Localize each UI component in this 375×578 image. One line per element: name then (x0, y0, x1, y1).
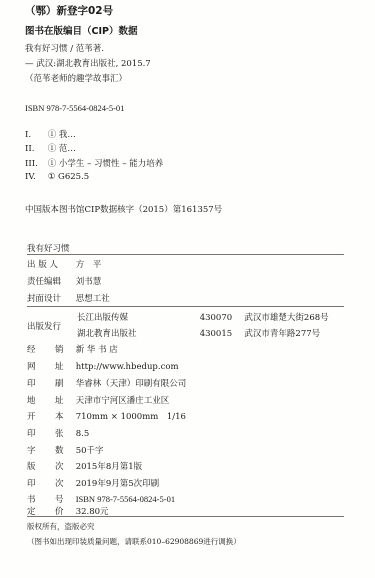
printer-label: 印刷 (27, 377, 73, 389)
website-row: 网址 http://www.hbedup.com (27, 360, 179, 372)
printing-label: 印次 (27, 477, 73, 489)
classification-number: IV. (25, 172, 45, 182)
seller-row: 经销 新 华 书 店 (27, 343, 118, 355)
edition-row: 版次 2015年8月第1版 (27, 460, 142, 472)
website-label: 网址 (27, 360, 73, 372)
classification-item: II. ① 范… (25, 142, 76, 154)
edition-value: 2015年8月第1版 (76, 460, 142, 472)
divider (27, 306, 344, 307)
editor-row: 责任编辑 刘书慧 (27, 275, 101, 287)
editor-label: 责任编辑 (27, 275, 73, 287)
cover-design-row: 封面设计 思想工社 (27, 292, 110, 304)
cip-approval-number: 中国版本图书馆CIP数据核字（2015）第161357号 (25, 203, 222, 215)
distributor-address: 武汉市青年路277号 (244, 329, 320, 339)
sheets-row: 印张 8.5 (27, 427, 89, 439)
classification-item: I. ① 我… (25, 128, 76, 140)
publisher-label: 出 版 人 (27, 258, 73, 270)
classification-text: ① 小学生 – 习惯性 – 能力培养 (48, 159, 164, 169)
format-label: 开本 (27, 410, 73, 422)
cip-title-author: 我有好习惯 / 范苇著. (25, 42, 104, 54)
isbn-label: 书号 (27, 493, 73, 505)
website-link[interactable]: http://www.hbedup.com (76, 362, 179, 372)
editor-value: 刘书慧 (76, 275, 102, 287)
classification-item: IV. ① G625.5 (25, 172, 89, 182)
cip-isbn: ISBN 978-7-5564-0824-5-01 (25, 103, 124, 113)
printing-value: 2019年9月第5次印刷 (76, 477, 159, 489)
divider (27, 516, 344, 517)
quality-notice: （图书如出现印装质量问题，请联系010–62908869进行调换） (27, 536, 241, 547)
registration-number: （鄂）新登字02号 (25, 3, 113, 18)
book-title: 我有好习惯 (27, 242, 70, 254)
printing-row: 印次 2019年9月第5次印刷 (27, 477, 159, 489)
classification-number: I. (25, 130, 45, 140)
classification-text: ① G625.5 (48, 172, 89, 182)
printer-value: 华睿林（天津）印刷有限公司 (76, 377, 187, 389)
format-row: 开本 710mm × 1000mm 1/16 (27, 410, 186, 422)
address-value: 天津市宁河区潘庄工业区 (76, 394, 170, 406)
publisher-row: 出 版 人 方 平 (27, 258, 101, 270)
divider (27, 254, 344, 255)
postcode: 430070 (200, 313, 242, 323)
sheets-label: 印张 (27, 427, 73, 439)
classification-number: III. (25, 159, 45, 169)
seller-value: 新 华 书 店 (76, 343, 118, 355)
distributor-name: 湖北教育出版社 (77, 327, 197, 339)
word-count-row: 字数 50千字 (27, 444, 104, 456)
classification-number: II. (25, 144, 45, 154)
isbn-row: 书号 ISBN 978-7-5564-0824-5-01 (27, 493, 175, 505)
publisher-value: 方 平 (76, 258, 102, 270)
word-count-label: 字数 (27, 444, 73, 456)
printer-row: 印刷 华睿林（天津）印刷有限公司 (27, 377, 186, 389)
cip-title: 图书在版编目（CIP）数据 (25, 23, 137, 37)
cover-design-value: 思想工社 (76, 292, 110, 304)
isbn-value: ISBN 978-7-5564-0824-5-01 (76, 494, 175, 504)
seller-label: 经销 (27, 343, 73, 355)
address-label: 地址 (27, 394, 73, 406)
distribution-label: 出版发行 (27, 320, 61, 332)
classification-text: ① 范… (48, 144, 76, 154)
word-count-value: 50千字 (76, 444, 104, 456)
cip-series: （范苇老师的趣学故事汇） (25, 72, 127, 84)
distribution-entry: 湖北教育出版社 430015 武汉市青年路277号 (77, 327, 320, 339)
copyright-notice: 版权所有，盗版必究 (27, 521, 95, 532)
classification-item: III. ① 小学生 – 习惯性 – 能力培养 (25, 157, 163, 169)
distributor-address: 武汉市雄楚大街268号 (244, 313, 328, 323)
postcode: 430015 (200, 329, 242, 339)
cover-design-label: 封面设计 (27, 292, 73, 304)
distributor-name: 长江出版传媒 (77, 311, 197, 323)
sheets-value: 8.5 (76, 429, 90, 439)
format-value: 710mm × 1000mm 1/16 (76, 410, 186, 422)
address-row: 地址 天津市宁河区潘庄工业区 (27, 394, 169, 406)
classification-text: ① 我… (48, 130, 76, 140)
distribution-entry: 长江出版传媒 430070 武汉市雄楚大街268号 (77, 311, 329, 323)
edition-label: 版次 (27, 460, 73, 472)
cip-publication-info: — 武汉:湖北教育出版社, 2015.7 (25, 57, 151, 69)
